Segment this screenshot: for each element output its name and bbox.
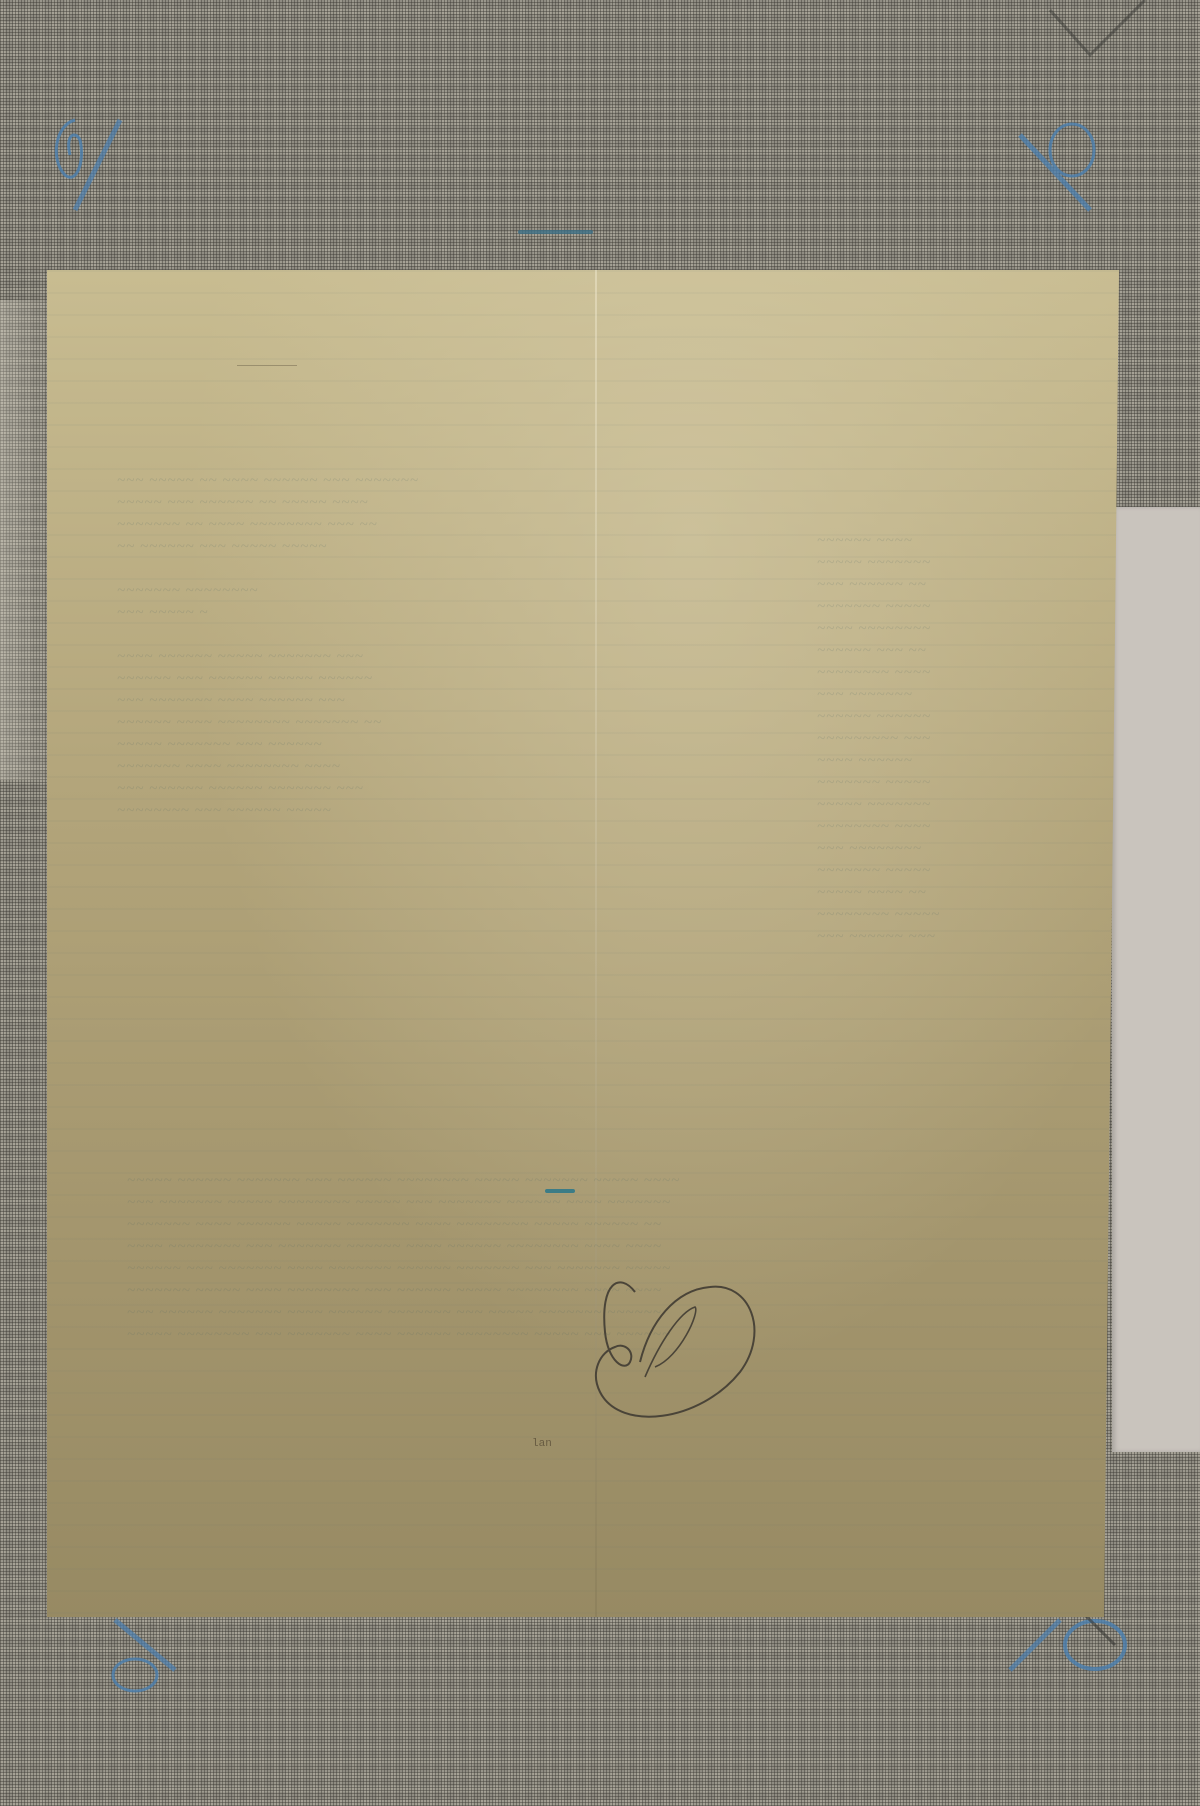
- corner-mark-bottom-left-icon: [95, 1615, 195, 1705]
- document-page: ~~~ ~~~~~ ~~ ~~~~ ~~~~~~ ~~~ ~~~~~~~ ~~~…: [47, 270, 1119, 1617]
- grader-tick-mark-icon: [1030, 0, 1150, 70]
- bleed-through-text-right: ~~~~~~ ~~~~ ~~~~~ ~~~~~~~ ~~~ ~~~~~~ ~~ …: [817, 530, 940, 948]
- ink-mark-top: [518, 230, 593, 234]
- paper-damage: [237, 365, 297, 374]
- corner-mark-top-right-icon: [1010, 110, 1120, 220]
- corner-mark-top-left-icon: [45, 100, 135, 230]
- ink-mark-center: [545, 1189, 575, 1193]
- bleed-through-text-left: ~~~ ~~~~~ ~~ ~~~~ ~~~~~~ ~~~ ~~~~~~~ ~~~…: [117, 470, 419, 822]
- pencil-monogram-signature: [580, 1272, 770, 1442]
- corner-mark-bottom-right-icon: [1000, 1610, 1140, 1690]
- faint-stamp: lan: [532, 1438, 552, 1450]
- backing-sheet: [1112, 507, 1200, 1452]
